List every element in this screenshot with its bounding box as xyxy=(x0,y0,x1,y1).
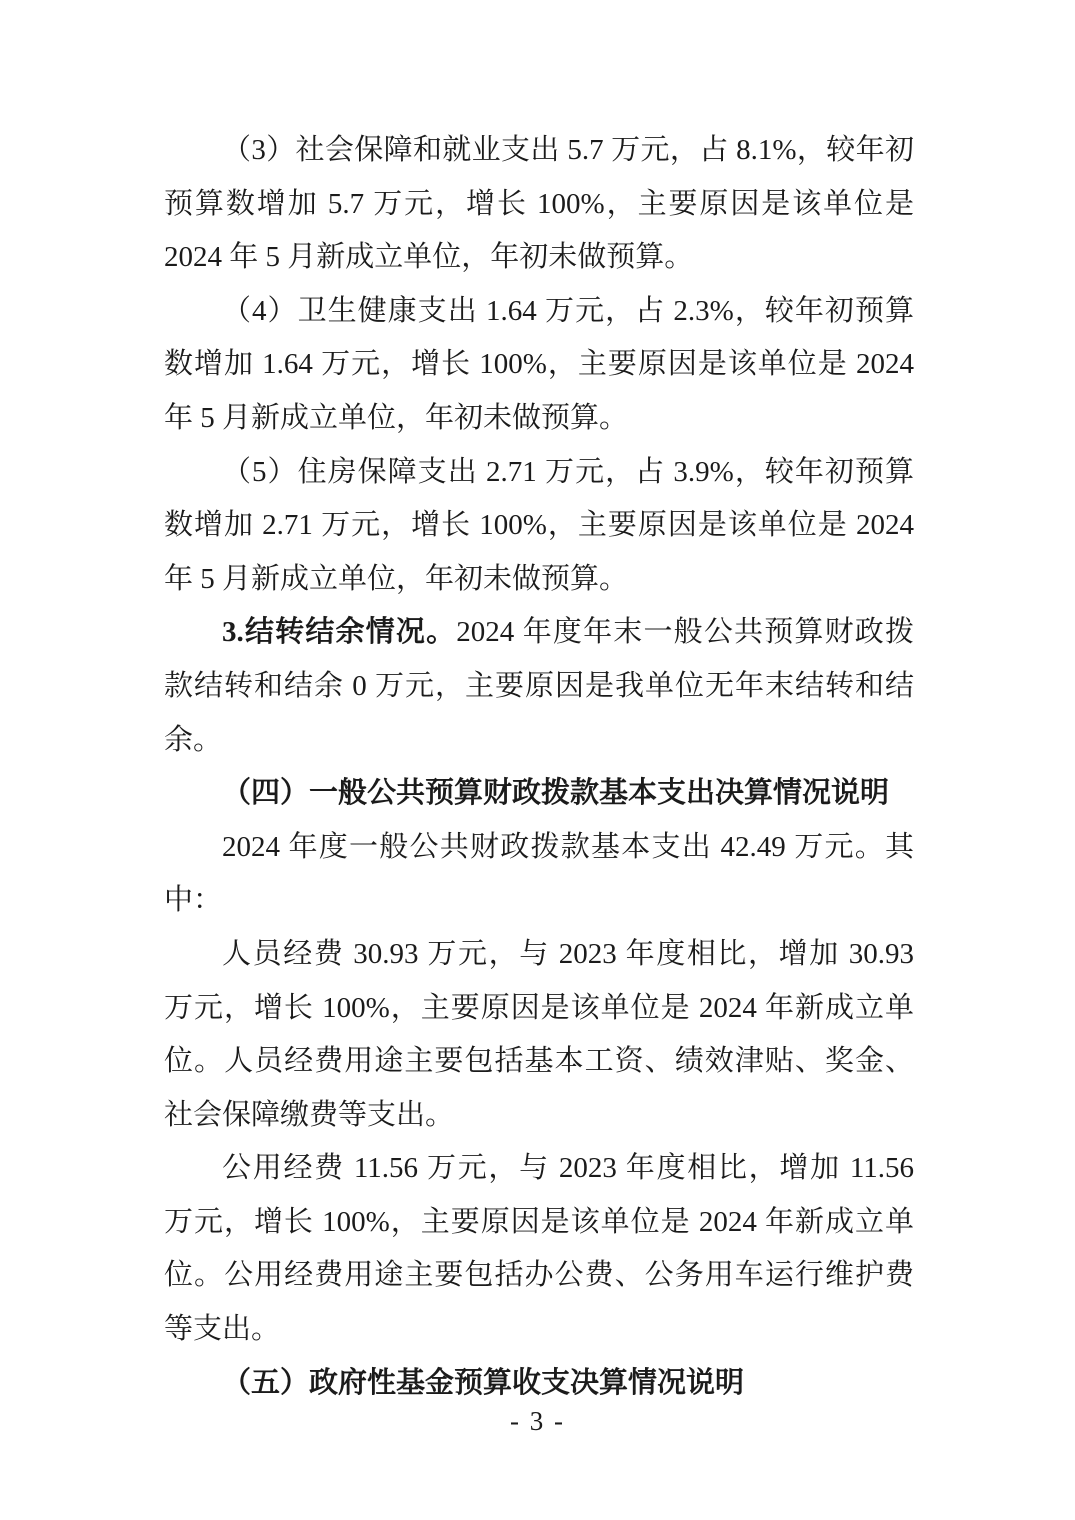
heading-section-5: （五）政府性基金预算收支决算情况说明 xyxy=(164,1357,914,1411)
para-housing: （5）住房保障支出 2.71 万元，占 3.9%，较年初预算数增加 2.71 万… xyxy=(164,446,914,607)
para-basic-expenditure-total: 2024 年度一般公共财政拨款基本支出 42.49 万元。其中： xyxy=(164,821,914,928)
para-personnel-funds: 人员经费 30.93 万元，与 2023 年度相比，增加 30.93 万元，增长… xyxy=(164,928,914,1142)
text-run: 2024 年度一般公共财政拨款基本支出 42.49 万元。其中： xyxy=(164,831,914,917)
document-content: （3）社会保障和就业支出 5.7 万元，占 8.1%，较年初预算数增加 5.7 … xyxy=(164,124,914,1410)
bold-text-run: （五）政府性基金预算收支决算情况说明 xyxy=(222,1367,744,1399)
text-run: （3）社会保障和就业支出 5.7 万元，占 8.1%，较年初预算数增加 5.7 … xyxy=(164,134,914,273)
para-public-funds: 公用经费 11.56 万元，与 2023 年度相比，增加 11.56 万元，增长… xyxy=(164,1142,914,1356)
page-number: - 3 - xyxy=(510,1406,565,1436)
heading-section-4: （四）一般公共预算财政拨款基本支出决算情况说明 xyxy=(164,767,914,821)
text-run: （4）卫生健康支出 1.64 万元，占 2.3%，较年初预算数增加 1.64 万… xyxy=(164,295,914,434)
bold-text-run: 3.结转结余情况。 xyxy=(222,616,456,648)
para-social-security-employment: （3）社会保障和就业支出 5.7 万元，占 8.1%，较年初预算数增加 5.7 … xyxy=(164,124,914,285)
text-run: 公用经费 11.56 万元，与 2023 年度相比，增加 11.56 万元，增长… xyxy=(164,1152,914,1345)
para-health: （4）卫生健康支出 1.64 万元，占 2.3%，较年初预算数增加 1.64 万… xyxy=(164,285,914,446)
para-carryover: 3.结转结余情况。2024 年度年末一般公共预算财政拨款结转和结余 0 万元，主… xyxy=(164,606,914,767)
text-run: （5）住房保障支出 2.71 万元，占 3.9%，较年初预算数增加 2.71 万… xyxy=(164,456,914,595)
document-page: （3）社会保障和就业支出 5.7 万元，占 8.1%，较年初预算数增加 5.7 … xyxy=(0,0,1075,1520)
bold-text-run: （四）一般公共预算财政拨款基本支出决算情况说明 xyxy=(222,777,889,809)
page-footer: - 3 - xyxy=(0,1404,1075,1438)
text-run: 人员经费 30.93 万元，与 2023 年度相比，增加 30.93 万元，增长… xyxy=(164,938,914,1131)
